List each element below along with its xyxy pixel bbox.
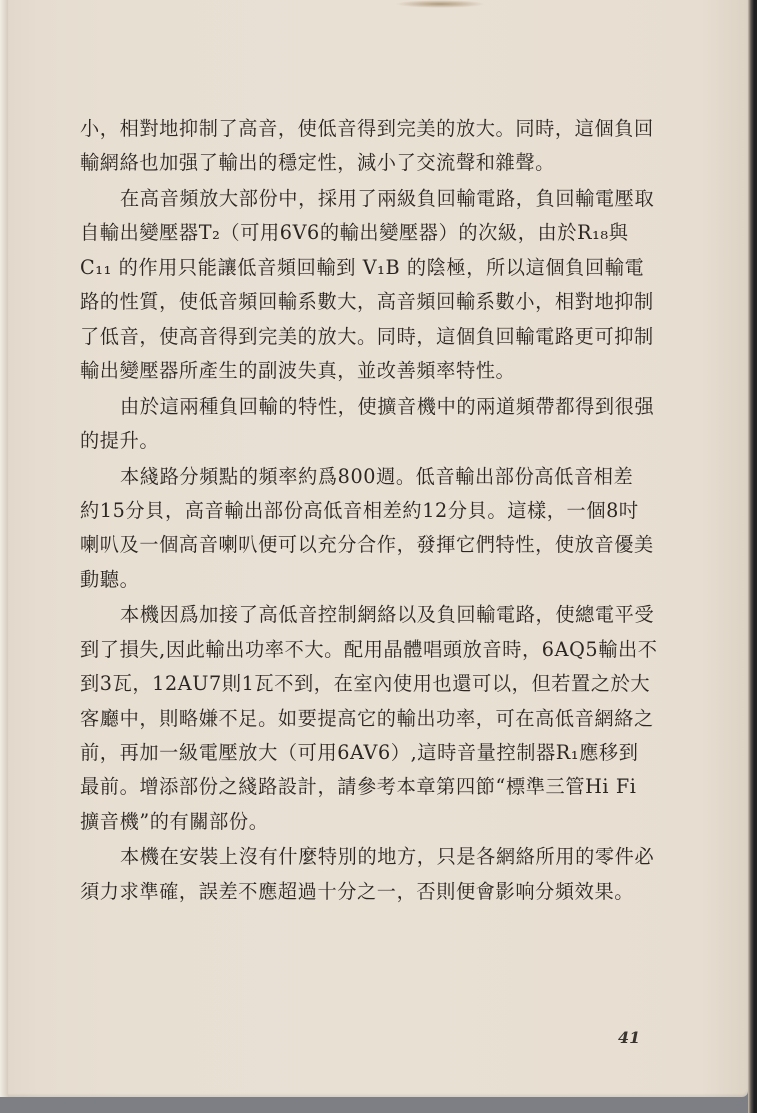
text-line: 最前。增添部份之綫路設計，請參考本章第四節“標準三管Hi Fi xyxy=(80,770,670,804)
paragraph-4: 本綫路分頻點的頻率約爲800週。低音輸出部份高低音相差 約15分貝，高音輸出部份… xyxy=(80,460,670,598)
paragraph-6: 本機在安裝上沒有什麼特別的地方，只是各網絡所用的零件必 須力求準確，誤差不應超過… xyxy=(80,840,670,909)
text-line: 喇叭及一個高音喇叭便可以充分合作，發揮它們特性，使放音優美 xyxy=(80,528,670,562)
text-line: 了低音，使高音得到完美的放大。同時，這個負回輸電路更可抑制 xyxy=(80,320,670,354)
text-line: 擴音機”的有關部份。 xyxy=(80,805,670,839)
text-line: 的提升。 xyxy=(80,424,670,458)
text-line: 到3瓦，12AU7則1瓦不到，在室內使用也還可以，但若置之於大 xyxy=(80,667,670,701)
page-binding-shadow xyxy=(0,0,8,1097)
book-page: 小，相對地抑制了高音，使低音得到完美的放大。同時，這個負回 輸網絡也加强了輸出的… xyxy=(0,0,748,1097)
text-line: 小，相對地抑制了高音，使低音得到完美的放大。同時，這個負回 xyxy=(80,112,670,146)
body-text: 小，相對地抑制了高音，使低音得到完美的放大。同時，這個負回 輸網絡也加强了輸出的… xyxy=(80,112,670,910)
text-line: 本綫路分頻點的頻率約爲800週。低音輸出部份高低音相差 xyxy=(80,460,670,494)
page-number: 41 xyxy=(618,1028,640,1047)
text-line: 自輸出變壓器T₂（可用6V6的輸出變壓器）的次級，由於R₁₈與 xyxy=(80,216,670,250)
page-stain xyxy=(395,0,485,8)
text-line: 路的性質，使低音頻回輸系數大，高音頻回輸系數小，相對地抑制 xyxy=(80,285,670,319)
text-line: 約15分貝，高音輸出部份高低音相差約12分貝。這樣，一個8吋 xyxy=(80,494,670,528)
text-line: 輸網絡也加强了輸出的穩定性，減小了交流聲和雜聲。 xyxy=(80,146,670,180)
paragraph-3: 由於這兩種負回輸的特性，使擴音機中的兩道頻帶都得到很强 的提升。 xyxy=(80,390,670,459)
text-line: 由於這兩種負回輸的特性，使擴音機中的兩道頻帶都得到很强 xyxy=(80,390,670,424)
book-edge xyxy=(748,0,757,1113)
text-line: 動聽。 xyxy=(80,563,670,597)
text-line: 在高音頻放大部份中，採用了兩級負回輸電路，負回輸電壓取 xyxy=(80,182,670,216)
text-line: 本機在安裝上沒有什麼特別的地方，只是各網絡所用的零件必 xyxy=(80,840,670,874)
text-line: C₁₁ 的作用只能讓低音頻回輸到 V₁B 的陰極，所以這個負回輸電 xyxy=(80,251,670,285)
paragraph-2: 在高音頻放大部份中，採用了兩級負回輸電路，負回輸電壓取 自輸出變壓器T₂（可用6… xyxy=(80,182,670,388)
paragraph-1: 小，相對地抑制了高音，使低音得到完美的放大。同時，這個負回 輸網絡也加强了輸出的… xyxy=(80,112,670,181)
text-line: 本機因爲加接了高低音控制網絡以及負回輸電路，使總電平受 xyxy=(80,598,670,632)
text-line: 輸出變壓器所產生的副波失真，並改善頻率特性。 xyxy=(80,354,670,388)
text-line: 前，再加一級電壓放大（可用6AV6）,這時音量控制器R₁應移到 xyxy=(80,736,670,770)
text-line: 到了損失,因此輸出功率不大。配用晶體唱頭放音時，6AQ5輸出不 xyxy=(80,633,670,667)
text-line: 須力求準確，誤差不應超過十分之一，否則便會影响分頻效果。 xyxy=(80,875,670,909)
paragraph-5: 本機因爲加接了高低音控制網絡以及負回輸電路，使總電平受 到了損失,因此輸出功率不… xyxy=(80,598,670,839)
text-line: 客廳中，則略嫌不足。如要提高它的輸出功率，可在高低音網絡之 xyxy=(80,702,670,736)
